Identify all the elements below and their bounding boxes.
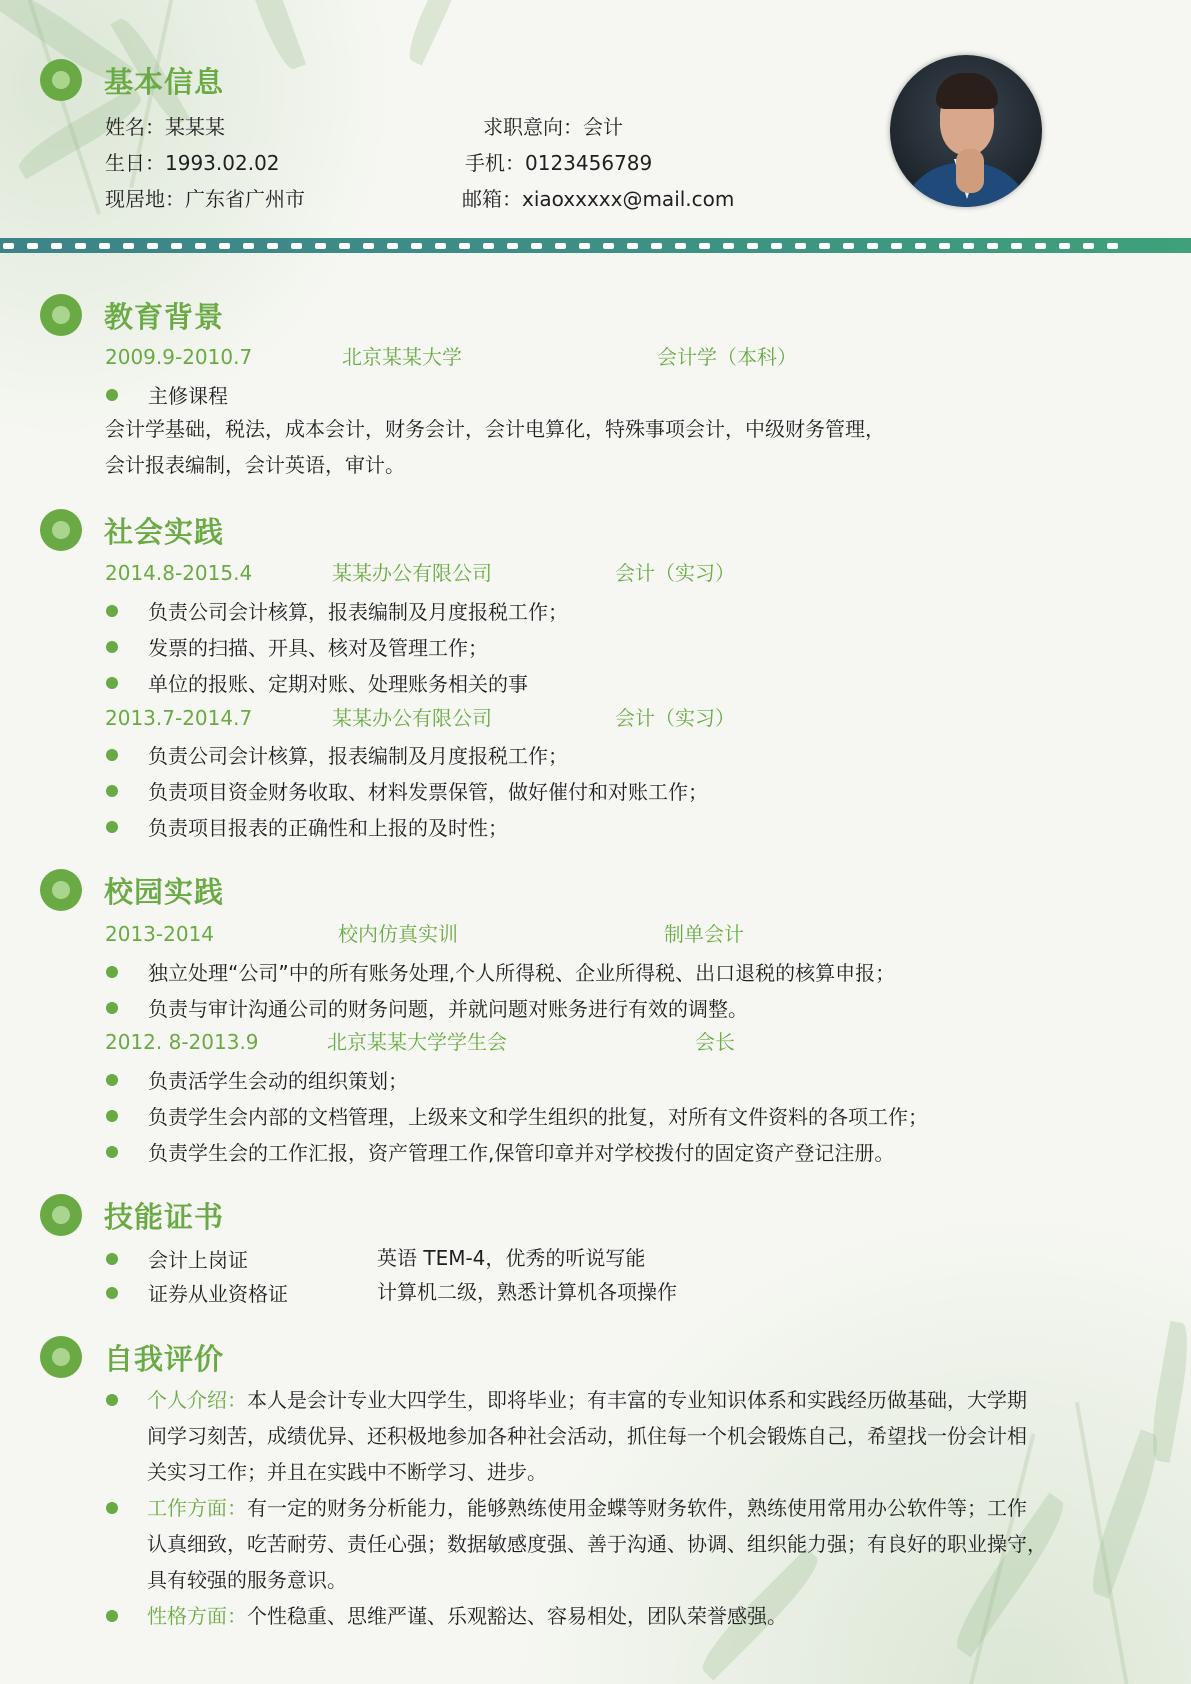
bullet-icon xyxy=(106,1287,118,1299)
list-item: 负责公司会计核算，报表编制及月度报税工作； xyxy=(106,740,568,769)
bullet-icon xyxy=(106,389,118,401)
field-value: 会计 xyxy=(583,115,623,139)
field-value: xiaoxxxxx@mail.com xyxy=(522,187,734,211)
entry-period: 2014.8-2015.4 xyxy=(105,560,252,586)
bullet-icon xyxy=(106,677,118,689)
bullet-icon xyxy=(106,1074,118,1086)
entry-role: 制单会计 xyxy=(664,921,744,947)
item-text: 关实习工作；并且在实践中不断学习、进步。 xyxy=(147,1454,1077,1490)
list-item: 负责活学生会动的组织策划； xyxy=(106,1065,408,1094)
item-label: 性格方面： xyxy=(147,1604,247,1628)
entry-period: 2012. 8-2013.9 xyxy=(105,1029,259,1055)
item-label: 工作方面： xyxy=(147,1496,247,1520)
section-divider xyxy=(0,238,1191,253)
list-item: 负责学生会的工作汇报，资产管理工作,保管印章并对学校拨付的固定资产登记注册。 xyxy=(106,1137,894,1166)
skill-name: 证券从业资格证 xyxy=(148,1278,288,1307)
item-text: 负责学生会的工作汇报，资产管理工作,保管印章并对学校拨付的固定资产登记注册。 xyxy=(148,1137,894,1166)
bullet-icon xyxy=(106,641,118,653)
section-basic-info: 基本信息 xyxy=(40,59,224,101)
entry-org: 校内仿真实训 xyxy=(338,921,458,947)
circle-marker-icon xyxy=(40,59,82,101)
item-text: 独立处理“公司”中的所有账务处理,个人所得税、企业所得税、出口退税的核算申报； xyxy=(148,957,895,986)
bullet-icon xyxy=(106,1002,118,1014)
item-text: 负责公司会计核算，报表编制及月度报税工作； xyxy=(148,596,568,625)
field-value: 某某某 xyxy=(165,115,225,139)
field-label: 姓名： xyxy=(105,115,165,139)
section-campus-practice: 校园实践 xyxy=(40,869,224,911)
residence-field: 现居地：广东省广州市 xyxy=(105,186,305,212)
item-text: 负责活学生会动的组织策划； xyxy=(148,1065,408,1094)
bullet-icon xyxy=(106,1110,118,1122)
edu-major: 会计学（本科） xyxy=(657,344,797,370)
bullet-icon xyxy=(106,785,118,797)
bullet-icon xyxy=(106,605,118,617)
birthday-field: 生日：1993.02.02 xyxy=(105,150,280,176)
field-value: 广东省广州市 xyxy=(185,187,305,211)
profile-photo xyxy=(890,55,1042,207)
item-text: 具有较强的服务意识。 xyxy=(147,1562,1077,1598)
courses-label: 主修课程 xyxy=(148,380,228,409)
item-text: 负责与审计沟通公司的财务问题，并就问题对账务进行有效的调整。 xyxy=(148,993,748,1022)
item-text: 负责公司会计核算，报表编制及月度报税工作； xyxy=(148,740,568,769)
circle-marker-icon xyxy=(40,294,82,336)
item-text: 个性稳重、思维严谨、乐观豁达、容易相处，团队荣誉感强。 xyxy=(247,1604,787,1628)
bullet-icon xyxy=(106,1253,118,1265)
list-item: 独立处理“公司”中的所有账务处理,个人所得税、企业所得税、出口退税的核算申报； xyxy=(106,957,895,986)
bullet-icon xyxy=(106,1502,118,1514)
entry-role: 会计（实习） xyxy=(615,560,735,586)
self-eval-item: 性格方面：个性稳重、思维严谨、乐观豁达、容易相处，团队荣誉感强。 xyxy=(147,1598,1077,1634)
circle-marker-icon xyxy=(40,509,82,551)
field-label: 生日： xyxy=(105,151,165,175)
section-title: 自我评价 xyxy=(104,1337,224,1378)
section-title: 教育背景 xyxy=(104,295,224,336)
list-item: 单位的报账、定期对账、处理账务相关的事 xyxy=(106,668,528,697)
list-item: 证券从业资格证 xyxy=(106,1278,288,1307)
section-title: 技能证书 xyxy=(104,1195,224,1236)
field-label: 邮箱： xyxy=(462,187,522,211)
entry-role: 会长 xyxy=(695,1029,735,1055)
list-item: 会计上岗证 xyxy=(106,1244,248,1273)
list-item: 负责学生会内部的文档管理，上级来文和学生组织的批复，对所有文件资料的各项工作； xyxy=(106,1101,928,1130)
item-text: 负责学生会内部的文档管理，上级来文和学生组织的批复，对所有文件资料的各项工作； xyxy=(148,1101,928,1130)
bullet-icon xyxy=(106,821,118,833)
resume-page: 基本信息 姓名：某某某 生日：1993.02.02 现居地：广东省广州市 求职意… xyxy=(0,0,1191,1684)
item-text: 间学习刻苦，成绩优异、还积极地参加各种社会活动，抓住每一个机会锻炼自己，希望找一… xyxy=(147,1418,1077,1454)
entry-period: 2013-2014 xyxy=(105,921,214,947)
item-label: 个人介绍： xyxy=(147,1388,247,1412)
section-title: 基本信息 xyxy=(104,60,224,101)
field-label: 现居地： xyxy=(105,187,185,211)
courses-text: 会计学基础，税法，成本会计，财务会计，会计电算化，特殊事项会计，中级财务管理， xyxy=(105,416,885,442)
list-item: 主修课程 xyxy=(106,380,228,409)
job-intention-field: 求职意向：会计 xyxy=(483,114,623,140)
section-education: 教育背景 xyxy=(40,294,224,336)
edu-school: 北京某某大学 xyxy=(342,344,462,370)
field-label: 手机： xyxy=(465,151,525,175)
self-eval-item: 工作方面：有一定的财务分析能力，能够熟练使用金蝶等财务软件，熟练使用常用办公软件… xyxy=(147,1490,1077,1598)
list-item: 负责项目报表的正确性和上报的及时性； xyxy=(106,812,508,841)
bullet-icon xyxy=(106,1146,118,1158)
section-title: 社会实践 xyxy=(104,510,224,551)
list-item: 负责项目资金财务收取、材料发票保管，做好催付和对账工作； xyxy=(106,776,708,805)
skill-detail: 计算机二级，熟悉计算机各项操作 xyxy=(377,1279,677,1305)
list-item: 负责与审计沟通公司的财务问题，并就问题对账务进行有效的调整。 xyxy=(106,993,748,1022)
section-skills: 技能证书 xyxy=(40,1194,224,1236)
bullet-icon xyxy=(106,1610,118,1622)
bullet-icon xyxy=(106,1394,118,1406)
section-title: 校园实践 xyxy=(104,870,224,911)
circle-marker-icon xyxy=(40,869,82,911)
entry-org: 某某办公有限公司 xyxy=(332,560,492,586)
item-text: 有一定的财务分析能力，能够熟练使用金蝶等财务软件，熟练使用常用办公软件等；工作 xyxy=(247,1496,1027,1520)
edu-period: 2009.9-2010.7 xyxy=(105,344,252,370)
item-text: 认真细致，吃苦耐劳、责任心强；数据敏感度强、善于沟通、协调、组织能力强；有良好的… xyxy=(147,1526,1077,1562)
bullet-icon xyxy=(106,966,118,978)
field-label: 求职意向： xyxy=(483,115,583,139)
email-field: 邮箱：xiaoxxxxx@mail.com xyxy=(462,186,734,212)
entry-org: 北京某某大学学生会 xyxy=(327,1029,507,1055)
skill-name: 会计上岗证 xyxy=(148,1244,248,1273)
entry-period: 2013.7-2014.7 xyxy=(105,705,252,731)
entry-role: 会计（实习） xyxy=(615,705,735,731)
item-text: 负责项目报表的正确性和上报的及时性； xyxy=(148,812,508,841)
phone-field: 手机：0123456789 xyxy=(465,150,652,176)
item-text: 负责项目资金财务收取、材料发票保管，做好催付和对账工作； xyxy=(148,776,708,805)
field-value: 0123456789 xyxy=(525,151,652,175)
section-social-practice: 社会实践 xyxy=(40,509,224,551)
item-text: 发票的扫描、开具、核对及管理工作； xyxy=(148,632,488,661)
skill-detail: 英语 TEM-4，优秀的听说写能 xyxy=(377,1245,645,1271)
bullet-icon xyxy=(106,749,118,761)
list-item: 发票的扫描、开具、核对及管理工作； xyxy=(106,632,488,661)
courses-text: 会计报表编制，会计英语，审计。 xyxy=(105,452,405,478)
name-field: 姓名：某某某 xyxy=(105,114,225,140)
self-eval-item: 个人介绍：本人是会计专业大四学生，即将毕业；有丰富的专业知识体系和实践经历做基础… xyxy=(147,1382,1077,1490)
entry-org: 某某办公有限公司 xyxy=(332,705,492,731)
circle-marker-icon xyxy=(40,1194,82,1236)
list-item: 负责公司会计核算，报表编制及月度报税工作； xyxy=(106,596,568,625)
circle-marker-icon xyxy=(40,1336,82,1378)
item-text: 单位的报账、定期对账、处理账务相关的事 xyxy=(148,668,528,697)
item-text: 本人是会计专业大四学生，即将毕业；有丰富的专业知识体系和实践经历做基础，大学期 xyxy=(247,1388,1027,1412)
section-self-evaluation: 自我评价 xyxy=(40,1336,224,1378)
field-value: 1993.02.02 xyxy=(165,151,280,175)
